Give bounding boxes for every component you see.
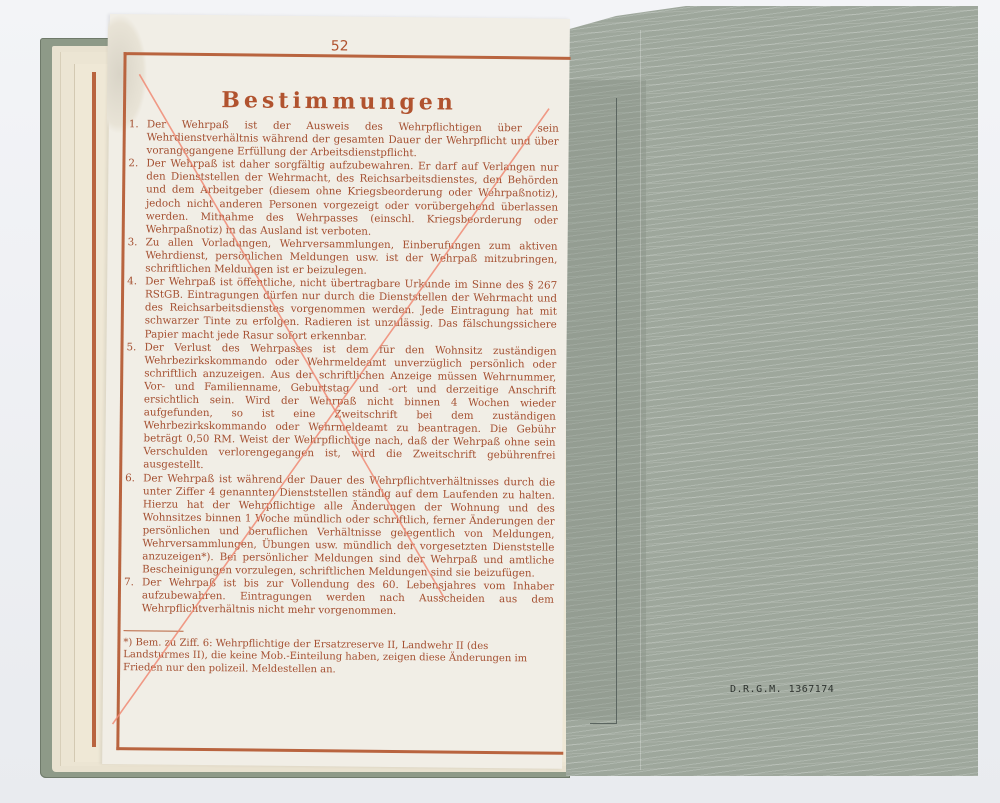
page-title: Bestimmungen — [109, 86, 569, 117]
document-page: 52 Bestimmungen 1.Der Wehrpaß ist der Au… — [102, 14, 570, 769]
pocket-outline — [590, 98, 617, 724]
cover-flap-edge — [640, 30, 641, 770]
footnote: *) Bem. zu Ziff. 6: Wehrpflichtige der E… — [123, 637, 553, 679]
regulation-item: 5.Der Verlust des Wehrpasses ist dem für… — [125, 341, 556, 476]
footnote-divider — [124, 630, 184, 632]
regulation-item: 3.Zu allen Vorladungen, Wehrversammlunge… — [127, 236, 557, 280]
regulation-item: 6.Der Wehrpaß ist während der Dauer des … — [124, 472, 555, 581]
regulation-item: 2.Der Wehrpaß ist daher sorgfältig aufzu… — [128, 157, 559, 240]
regulation-item: 7.Der Wehrpaß ist bis zur Vollendung des… — [124, 576, 554, 620]
regulation-item: 1.Der Wehrpaß ist der Ausweis des Wehrpf… — [128, 118, 558, 162]
drgm-stamp: D.R.G.M. 1367174 — [730, 684, 834, 695]
regulations-list: 1.Der Wehrpaß ist der Ausweis des Wehrpf… — [123, 118, 559, 679]
regulation-item: 4.Der Wehrpaß ist öffentliche, nicht übe… — [127, 275, 558, 345]
